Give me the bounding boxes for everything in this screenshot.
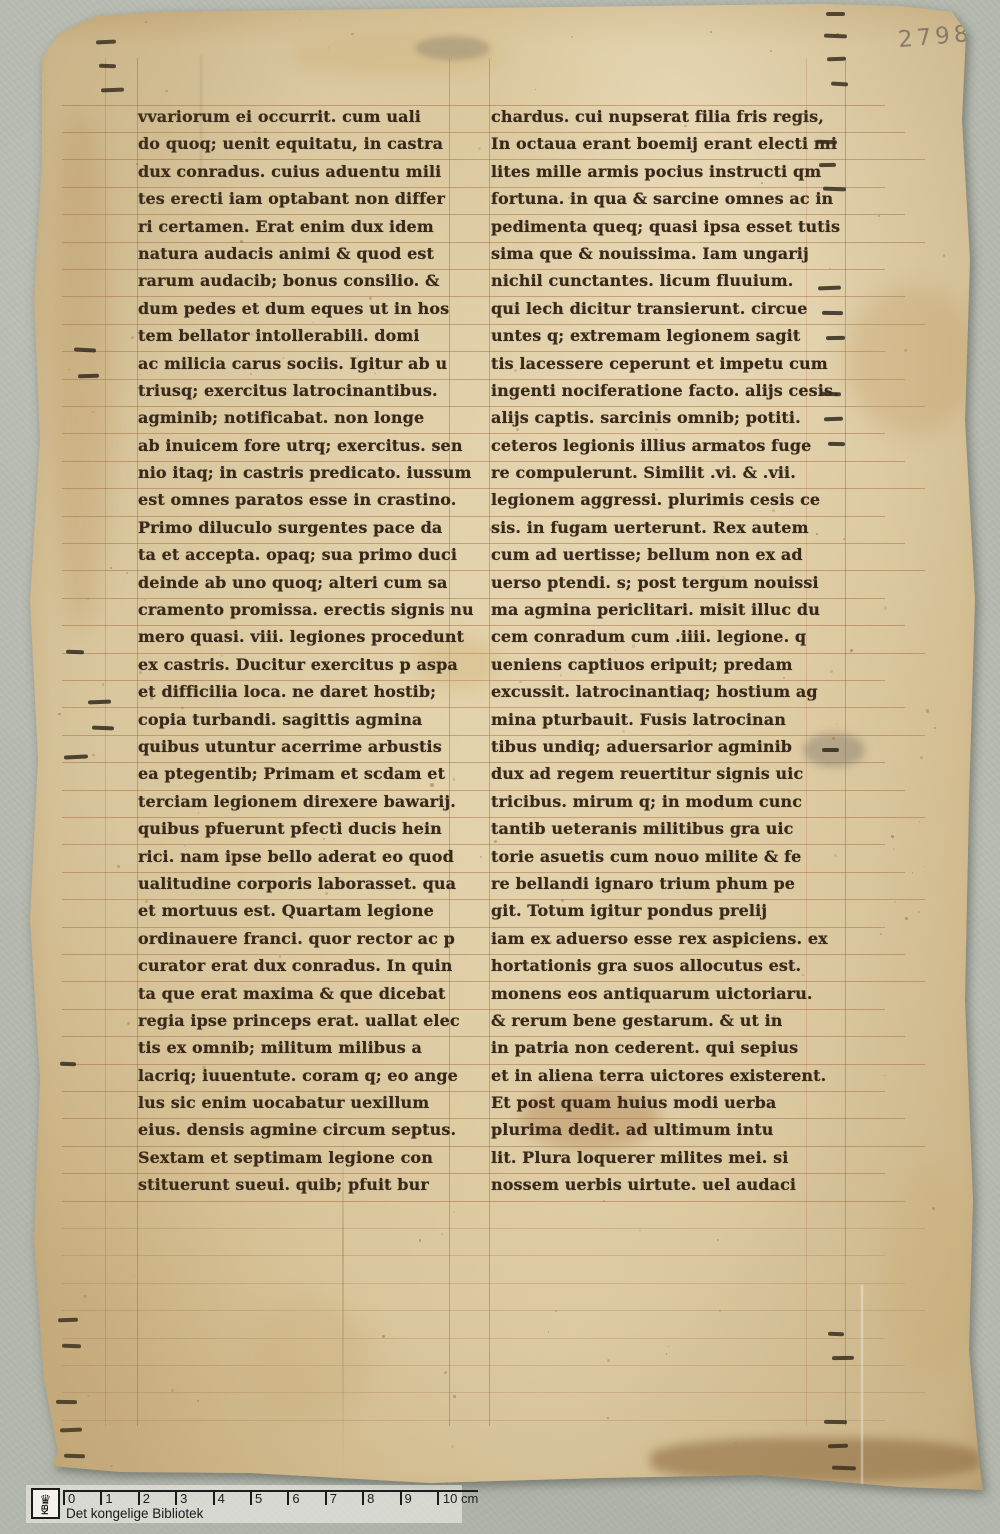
ruler-tick: 6 xyxy=(287,1492,324,1505)
speck xyxy=(850,649,853,652)
speck xyxy=(480,856,482,858)
text-line: rarum audacib; bonus consilio. & xyxy=(138,267,474,294)
text-line: eius. densis agmine circum septus. xyxy=(138,1116,474,1143)
stitch-mark xyxy=(824,34,847,39)
speck xyxy=(932,1207,935,1210)
text-line: tem bellator intollerabili. domi xyxy=(138,322,474,349)
stitch-mark xyxy=(88,700,111,705)
text-line: Et post quam huius modi uerba xyxy=(491,1089,840,1116)
speck xyxy=(451,1445,454,1448)
text-line: deinde ab uno quoq; alteri cum sa xyxy=(138,569,474,596)
text-line: agminib; notificabat. non longe xyxy=(138,404,474,431)
ruler: 012345678910 cm xyxy=(63,1490,478,1505)
text-line: fortuna. in qua & sarcine omnes ac in xyxy=(491,185,840,212)
speck xyxy=(571,36,573,38)
text-line: Sextam et septimam legione con xyxy=(138,1144,474,1171)
speck xyxy=(92,411,94,413)
stitch-mark xyxy=(824,1420,847,1424)
speck xyxy=(603,1200,605,1202)
ruled-line xyxy=(62,1201,905,1202)
text-line: lites mille armis pocius instructi qm xyxy=(491,158,840,185)
speck xyxy=(880,933,883,936)
text-line: ri certamen. Erat enim dux idem xyxy=(138,213,474,240)
stain xyxy=(885,1170,980,1380)
speck xyxy=(102,683,105,686)
ruler-tick: 2 xyxy=(138,1492,175,1505)
stitch-mark xyxy=(826,12,845,16)
text-line: do quoq; uenit equitatu, in castra xyxy=(138,130,474,157)
text-line: rici. nam ipse bello aderat eo quod xyxy=(138,843,474,870)
ruled-line xyxy=(62,1365,905,1366)
speck xyxy=(70,245,71,246)
speck xyxy=(58,713,60,715)
text-line: qui lech dicitur transierunt. circue xyxy=(491,295,840,322)
ruled-line xyxy=(62,1283,905,1284)
crease xyxy=(861,1285,863,1485)
text-line: hortationis gra suos allocutus est. xyxy=(491,952,840,979)
stitch-mark xyxy=(92,726,114,731)
stitch-mark xyxy=(828,1332,844,1337)
manuscript-page-wrap: 2798 vvariorum ei occurrit. cum ualido q… xyxy=(0,0,1000,1534)
speck xyxy=(891,835,894,838)
speck xyxy=(87,598,89,600)
ruler-tick: 9 xyxy=(400,1492,437,1505)
text-line: regia ipse princeps erat. uallat elec xyxy=(138,1007,474,1034)
stitch-mark xyxy=(832,1466,856,1471)
text-line: cem conradum cum .iiii. legione. q xyxy=(491,623,840,650)
stain xyxy=(650,1438,980,1482)
ruler-tick: 5 xyxy=(250,1492,287,1505)
stain xyxy=(845,285,980,435)
speck xyxy=(109,1423,111,1425)
stain xyxy=(250,1300,370,1420)
text-line: ingenti nociferatione facto. alijs cesis… xyxy=(491,377,840,404)
speck xyxy=(127,1022,130,1025)
library-logo: ♛ KB xyxy=(31,1488,60,1519)
speck xyxy=(934,727,936,729)
speck xyxy=(555,1310,557,1312)
speck xyxy=(441,1233,443,1235)
ruler-end-label: 10 cm xyxy=(437,1492,478,1505)
ruled-line xyxy=(62,1255,885,1256)
speck xyxy=(117,865,120,868)
speck xyxy=(197,1400,199,1402)
text-line: quibus utuntur acerrime arbustis xyxy=(138,733,474,760)
text-line: triusq; exercitus latrocinantibus. xyxy=(138,377,474,404)
text-line: In octaua erant boemij erant electi mi xyxy=(491,130,840,157)
stain xyxy=(48,110,113,630)
stitch-mark xyxy=(64,1454,85,1459)
text-line: ea ptegentib; Primam et scdam et xyxy=(138,760,474,787)
text-line: alijs captis. sarcinis omnib; potiti. xyxy=(491,404,840,431)
text-line: et difficilia loca. ne daret hostib; xyxy=(138,678,474,705)
text-line: in patria non cederent. qui sepius xyxy=(491,1034,840,1061)
text-line: re compulerunt. Similit .vi. & .vii. xyxy=(491,459,840,486)
text-line: tes erecti iam optabant non differ xyxy=(138,185,474,212)
speck xyxy=(884,1075,885,1076)
text-line: et mortuus est. Quartam legione xyxy=(138,897,474,924)
text-line: tis lacessere ceperunt et impetu cum xyxy=(491,350,840,377)
text-line: monens eos antiquarum uictoriaru. xyxy=(491,980,840,1007)
speck xyxy=(453,1211,455,1213)
speck xyxy=(904,349,907,352)
stitch-mark xyxy=(62,1344,81,1349)
stitch-mark xyxy=(832,1356,854,1360)
manuscript-page: 2798 vvariorum ei occurrit. cum ualido q… xyxy=(0,0,1000,1534)
text-line: & rerum bene gestarum. & ut in xyxy=(491,1007,840,1034)
text-line: ta et accepta. opaq; sua primo duci xyxy=(138,541,474,568)
ruled-line xyxy=(62,1228,925,1229)
pencil-smudge xyxy=(415,36,490,60)
text-line: cum ad uertisse; bellum non ex ad xyxy=(491,541,840,568)
text-line: tis ex omnib; militum milibus a xyxy=(138,1034,474,1061)
ruled-line xyxy=(62,1310,925,1311)
speck xyxy=(666,1353,667,1354)
stitch-mark xyxy=(66,650,84,655)
speck xyxy=(351,33,353,35)
text-line: terciam legionem direxere bawarij. xyxy=(138,788,474,815)
ruled-line-vertical xyxy=(105,58,106,1426)
ruled-line-vertical xyxy=(845,58,846,1426)
library-logo-letters: KB xyxy=(41,1505,51,1515)
stitch-mark xyxy=(60,1062,76,1067)
stitch-mark xyxy=(101,88,124,93)
speck xyxy=(920,756,923,759)
speck xyxy=(131,336,134,339)
speck xyxy=(905,917,908,920)
text-line: lus sic enim uocabatur uexillum xyxy=(138,1089,474,1116)
speck xyxy=(145,21,148,24)
speck xyxy=(912,872,914,874)
speck xyxy=(918,911,920,913)
speck xyxy=(126,572,128,574)
text-line: copia turbandi. sagittis agmina xyxy=(138,706,474,733)
speck xyxy=(668,1346,669,1347)
text-line: vvariorum ei occurrit. cum uali xyxy=(138,103,474,130)
text-line: nichil cunctantes. licum fluuium. xyxy=(491,267,840,294)
ruler-tick: 8 xyxy=(362,1492,399,1505)
ruler-tick: 1 xyxy=(100,1492,137,1505)
text-line: dum pedes et dum eques ut in hos xyxy=(138,295,474,322)
speck xyxy=(478,147,481,150)
ruled-line-vertical xyxy=(489,58,490,1426)
text-line: lacriq; iuuentute. coram q; eo ange xyxy=(138,1062,474,1089)
speck xyxy=(710,31,712,33)
text-line: git. Totum igitur pondus prelij xyxy=(491,897,840,924)
speck xyxy=(300,20,301,21)
text-line: dux ad regem reuertitur signis uic xyxy=(491,760,840,787)
speck xyxy=(134,1276,136,1278)
text-line: ex castris. Ducitur exercitus p aspa xyxy=(138,651,474,678)
text-line: excussit. latrocinantiaq; hostium ag xyxy=(491,678,840,705)
shelfmark-number: 2798 xyxy=(897,21,974,53)
text-line: mina pturbauit. Fusis latrocinan xyxy=(491,706,840,733)
text-line: nio itaq; in castris predicato. iussum xyxy=(138,459,474,486)
stitch-mark xyxy=(78,374,99,379)
speck xyxy=(444,1371,447,1374)
text-line: natura audacis animi & quod est xyxy=(138,240,474,267)
stitch-mark xyxy=(60,1428,82,1433)
text-line: lit. Plura loquerer milites mei. si xyxy=(491,1144,840,1171)
text-line: ab inuicem fore utrq; exercitus. sen xyxy=(138,432,474,459)
ruled-line xyxy=(62,1392,925,1393)
text-line: pedimenta queq; quasi ipsa esset tutis xyxy=(491,213,840,240)
stitch-mark xyxy=(831,82,848,87)
speck xyxy=(607,1417,609,1419)
speck xyxy=(165,90,167,92)
text-line: curator erat dux conradus. In quin xyxy=(138,952,474,979)
speck xyxy=(943,254,945,256)
speck xyxy=(87,1395,89,1397)
stitch-mark xyxy=(827,57,846,62)
text-line: tantib ueteranis militibus gra uic xyxy=(491,815,840,842)
text-line: sima que & nouissima. Iam ungarij xyxy=(491,240,840,267)
text-line: ordinauere franci. quor rector ac p xyxy=(138,925,474,952)
speck xyxy=(893,848,895,850)
text-line: torie asuetis cum nouo milite & fe xyxy=(491,843,840,870)
speck xyxy=(719,1310,720,1311)
speck xyxy=(419,1239,421,1241)
speck xyxy=(948,1277,950,1279)
text-line: sis. in fugam uerterunt. Rex autem xyxy=(491,514,840,541)
text-column-right: chardus. cui nupserat filia fris regis,I… xyxy=(491,103,840,1199)
speck xyxy=(884,606,887,609)
speck xyxy=(924,866,925,867)
photo-stage: 2798 vvariorum ei occurrit. cum ualido q… xyxy=(0,0,1000,1534)
text-line: uerso ptendi. s; post tergum nouissi xyxy=(491,569,840,596)
ruler-tick: 0 xyxy=(63,1492,100,1505)
speck xyxy=(933,487,935,489)
ruler-tick: 3 xyxy=(175,1492,212,1505)
text-column-left: vvariorum ei occurrit. cum ualido quoq; … xyxy=(138,103,474,1199)
speck xyxy=(68,369,70,371)
stitch-mark xyxy=(96,39,116,44)
stitch-mark xyxy=(56,1400,77,1404)
speck xyxy=(92,754,94,756)
text-line: legionem aggressi. plurimis cesis ce xyxy=(491,486,840,513)
speck xyxy=(919,821,920,822)
ruled-line xyxy=(62,1338,885,1339)
stitch-mark xyxy=(828,1444,848,1449)
ruler-tick: 4 xyxy=(213,1492,250,1505)
text-line: ueniens captiuos eripuit; predam xyxy=(491,651,840,678)
text-line: mero quasi. viii. legiones procedunt xyxy=(138,623,474,650)
speck xyxy=(328,47,329,48)
text-line: chardus. cui nupserat filia fris regis, xyxy=(491,103,840,130)
stitch-mark xyxy=(99,64,116,69)
text-line: est omnes paratos esse in crastino. xyxy=(138,486,474,513)
ruled-line xyxy=(62,1420,885,1421)
library-name: Det kongelige Bibliotek xyxy=(66,1506,203,1521)
speck xyxy=(83,1295,86,1298)
speck xyxy=(735,1442,737,1444)
text-line: et in aliena terra uictores existerent. xyxy=(491,1062,840,1089)
text-line: cramento promissa. erectis signis nu xyxy=(138,596,474,623)
speck xyxy=(639,1230,640,1231)
text-line: ta que erat maxima & que dicebat xyxy=(138,980,474,1007)
speck xyxy=(717,1239,719,1241)
text-line: tibus undiq; aduersarior agminib xyxy=(491,733,840,760)
text-line: untes q; extremam legionem sagit xyxy=(491,322,840,349)
text-line: re bellandi ignaro trium phum pe xyxy=(491,870,840,897)
speck xyxy=(382,1335,385,1338)
text-line: quibus pfuerunt pfecti ducis hein xyxy=(138,815,474,842)
text-line: dux conradus. cuius aduentu mili xyxy=(138,158,474,185)
speck xyxy=(548,1331,549,1332)
stitch-mark xyxy=(58,1318,78,1323)
text-line: ceteros legionis illius armatos fuge xyxy=(491,432,840,459)
text-line: nossem uerbis uirtute. uel audaci xyxy=(491,1171,840,1198)
text-line: ma agmina periclitari. misit illuc du xyxy=(491,596,840,623)
speck xyxy=(894,901,896,903)
text-line: ac milicia carus sociis. Igitur ab u xyxy=(138,350,474,377)
speck xyxy=(607,1359,610,1362)
speck xyxy=(535,89,537,91)
text-line: stituerunt sueui. quib; pfuit bur xyxy=(138,1171,474,1198)
text-line: tricibus. mirum q; in modum cunc xyxy=(491,788,840,815)
text-line: ualitudine corporis laborasset. qua xyxy=(138,870,474,897)
speck xyxy=(453,1395,455,1397)
speck xyxy=(770,50,772,52)
text-line: plurima dedit. ad ultimum intu xyxy=(491,1116,840,1143)
ruler-tick: 7 xyxy=(325,1492,362,1505)
stitch-mark xyxy=(64,754,88,759)
speck xyxy=(110,567,112,569)
text-line: iam ex aduerso esse rex aspiciens. ex xyxy=(491,925,840,952)
text-line: Primo diluculo surgentes pace da xyxy=(138,514,474,541)
speck xyxy=(926,709,929,712)
speck xyxy=(110,1465,112,1467)
